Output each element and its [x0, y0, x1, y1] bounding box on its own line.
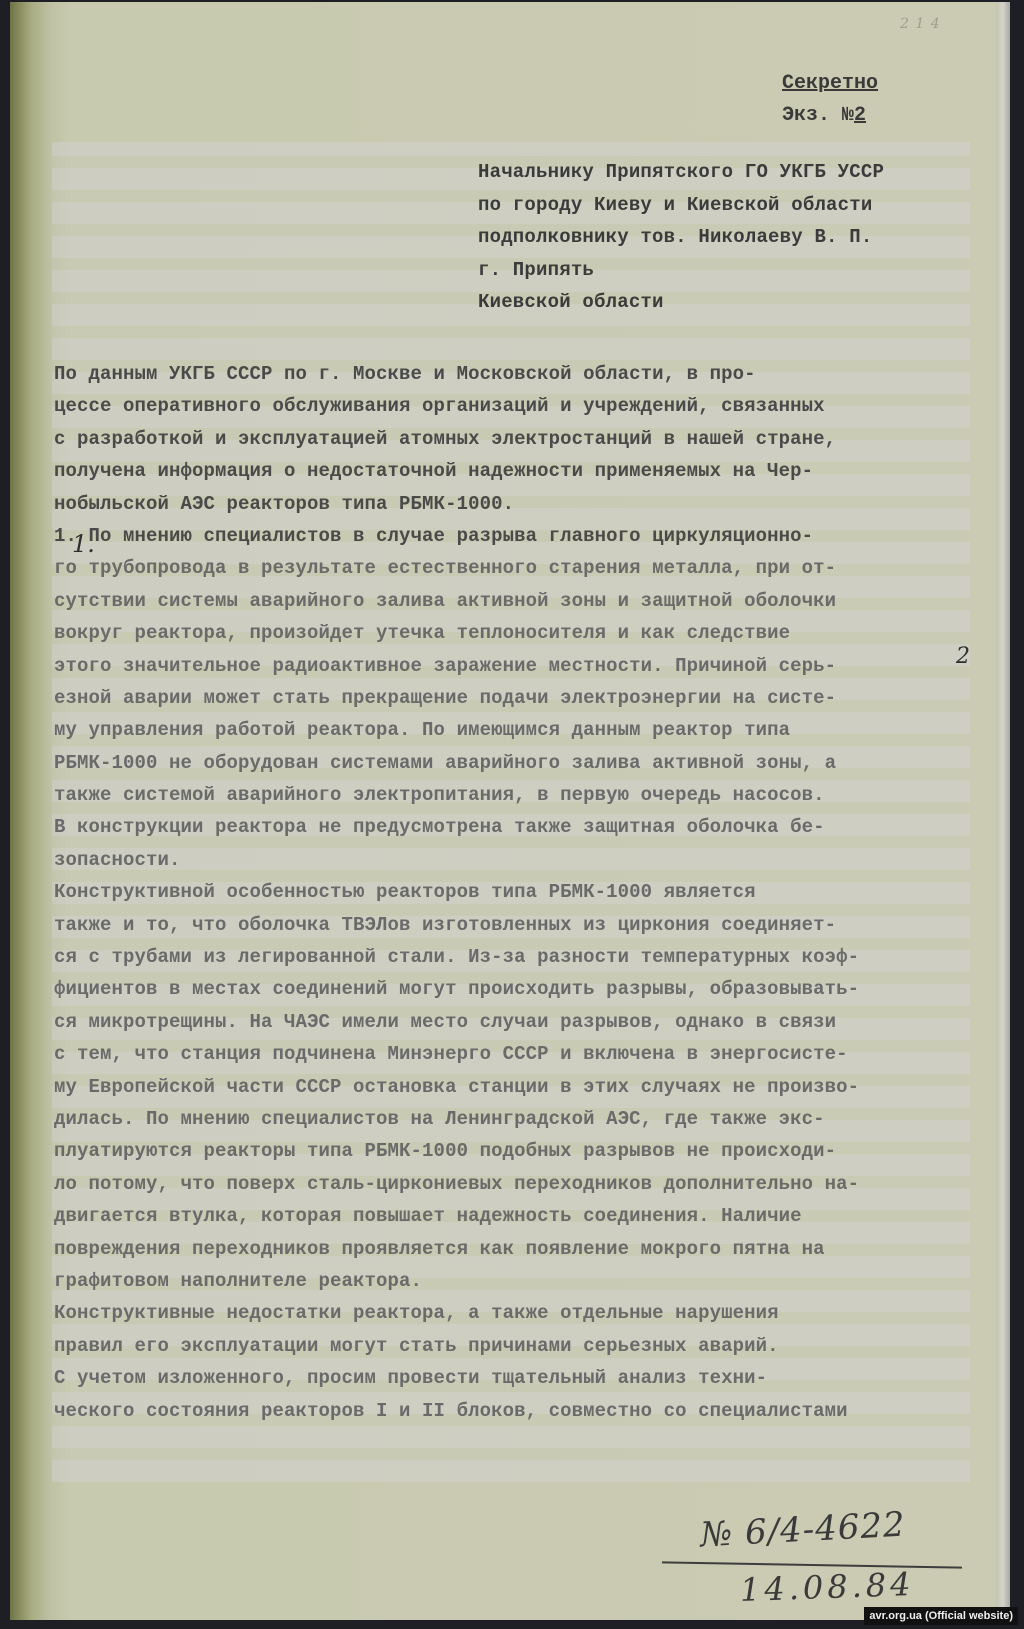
body-line: правил его эксплуатации могут стать прич… [54, 1330, 984, 1362]
body-line: ческого состояния реакторов I и II блоко… [54, 1395, 984, 1427]
body-line: вокруг реактора, произойдет утечка тепло… [54, 617, 984, 649]
body-line: 1. По мнению специалистов в случае разры… [54, 520, 984, 552]
handwritten-point-mark: 1. [72, 530, 95, 558]
archive-page-mark: 2 1 4 [900, 16, 941, 32]
body-line: дилась. По мнению специалистов на Ленинг… [54, 1103, 984, 1135]
body-line: ся с трубами из легированной стали. Из-з… [54, 941, 984, 973]
body-line: плуатируются реакторы типа РБМК-1000 под… [54, 1135, 984, 1167]
copy-number-value: 2 [854, 104, 866, 127]
body-line: го трубопровода в результате естественно… [54, 552, 984, 584]
memo-body: По данным УКГБ СССР по г. Москве и Моско… [54, 358, 984, 1427]
classification-label: Секретно [782, 68, 878, 100]
body-line: этого значительное радиоактивное заражен… [54, 650, 984, 682]
body-line: По данным УКГБ СССР по г. Москве и Моско… [54, 358, 984, 390]
body-line: зопасности. [54, 844, 984, 876]
addressee-line: Начальнику Припятского ГО УКГБ УССР [478, 156, 884, 189]
scan-frame: 2 1 4 Секретно Экз. №2 Начальнику Припят… [0, 0, 1024, 1629]
body-line: также системой аварийного электропитания… [54, 779, 984, 811]
body-line: езной аварии может стать прекращение под… [54, 682, 984, 714]
registration-number: № 6/4-4622 [699, 1505, 907, 1556]
body-line: му Европейской части СССР остановка стан… [54, 1071, 984, 1103]
body-line: Конструктивной особенностью реакторов ти… [54, 876, 984, 908]
copy-number: Экз. №2 [782, 100, 878, 132]
body-line: С учетом изложенного, просим провести тщ… [54, 1362, 984, 1394]
body-line: двигается втулка, которая повышает надеж… [54, 1200, 984, 1232]
body-line: с тем, что станция подчинена Минэнерго С… [54, 1038, 984, 1070]
handwritten-margin-mark: 2 [956, 644, 970, 669]
body-line: В конструкции реактора не предусмотрена … [54, 811, 984, 843]
body-line: также и то, что оболочка ТВЭЛов изготовл… [54, 909, 984, 941]
registration-date: 14.08.84 [739, 1565, 915, 1609]
source-watermark: avr.org.ua (Official website) [864, 1607, 1018, 1625]
body-line: му управления работой реактора. По имеющ… [54, 714, 984, 746]
body-line: фициентов в местах соединений могут прои… [54, 973, 984, 1005]
document-page: 2 1 4 Секретно Экз. №2 Начальнику Припят… [10, 2, 1010, 1620]
classification-block: Секретно Экз. №2 [782, 68, 878, 132]
body-line: получена информация о недостаточной наде… [54, 455, 984, 487]
addressee-line: подполковнику тов. Николаеву В. П. [478, 221, 884, 254]
addressee-line: г. Припять [478, 254, 884, 287]
body-line: нобыльской АЭС реакторов типа РБМК-1000. [54, 488, 984, 520]
body-line: с разработкой и эксплуатацией атомных эл… [54, 423, 984, 455]
body-line: графитовом наполнителе реактора. [54, 1265, 984, 1297]
addressee-block: Начальнику Припятского ГО УКГБ УССР по г… [478, 156, 884, 319]
body-line: ся микротрещины. На ЧАЭС имели место слу… [54, 1006, 984, 1038]
body-line: Конструктивные недостатки реактора, а та… [54, 1297, 984, 1329]
body-line: повреждения переходников проявляется как… [54, 1233, 984, 1265]
addressee-line: по городу Киеву и Киевской области [478, 189, 884, 222]
addressee-line: Киевской области [478, 286, 884, 319]
copy-prefix: Экз. № [782, 104, 854, 127]
body-line: сутствии системы аварийного залива актив… [54, 585, 984, 617]
body-line: ло потому, что поверх сталь-циркониевых … [54, 1168, 984, 1200]
body-line: цессе оперативного обслуживания организа… [54, 390, 984, 422]
paper-edge [996, 2, 1010, 1620]
body-line: РБМК-1000 не оборудован системами аварий… [54, 747, 984, 779]
